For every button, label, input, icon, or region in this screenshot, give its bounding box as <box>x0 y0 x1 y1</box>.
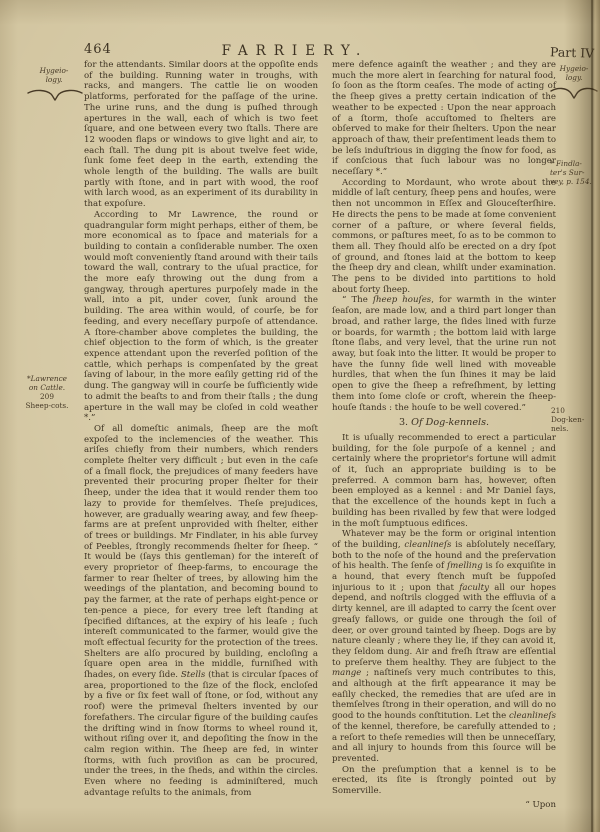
margin-note-hygeiology-left: Hygeio-logy. <box>26 66 82 84</box>
paragraph-number: 209 <box>12 392 82 401</box>
paragraph: According to Mordaunt, who wrote about t… <box>332 178 556 296</box>
running-title: FARRIERY. <box>60 43 530 59</box>
paragraph: According to Mr Lawrence, the round or q… <box>84 210 318 424</box>
paragraph: mere defence againſt the weather ; and t… <box>332 60 556 178</box>
flourish-icon <box>26 88 84 102</box>
footnote-ref-text: *Lawrenceon Cattle. <box>27 374 67 392</box>
paragraph: Of all domeſtic animals, ſheep are the m… <box>84 424 318 799</box>
page-edge-shadow <box>564 0 600 832</box>
paragraph: for the attendants. Similar doors at the… <box>84 60 318 210</box>
paragraph: It is uſually recommended to erect a par… <box>332 433 556 529</box>
paragraph: On the preſumption that a kennel is to b… <box>332 765 556 797</box>
paragraph: Whatever may be the form or original int… <box>332 529 556 764</box>
section-heading: 3. Of Dog-kennels. <box>332 418 556 429</box>
catchword: “ Upon <box>332 800 556 811</box>
text-column-right: mere defence againſt the weather ; and t… <box>332 60 556 811</box>
paragraph: “ The ſheep houſes, for warmth in the wi… <box>332 295 556 413</box>
paragraph-title: Sheep-cots. <box>12 401 82 410</box>
book-page: 464 FARRIERY. Part IV Hygeio-logy. *Lawr… <box>0 0 600 832</box>
text-column-left: for the attendants. Similar doors at the… <box>84 60 318 799</box>
margin-note-lawrence-ref: *Lawrenceon Cattle. 209 Sheep-cots. <box>12 374 82 410</box>
